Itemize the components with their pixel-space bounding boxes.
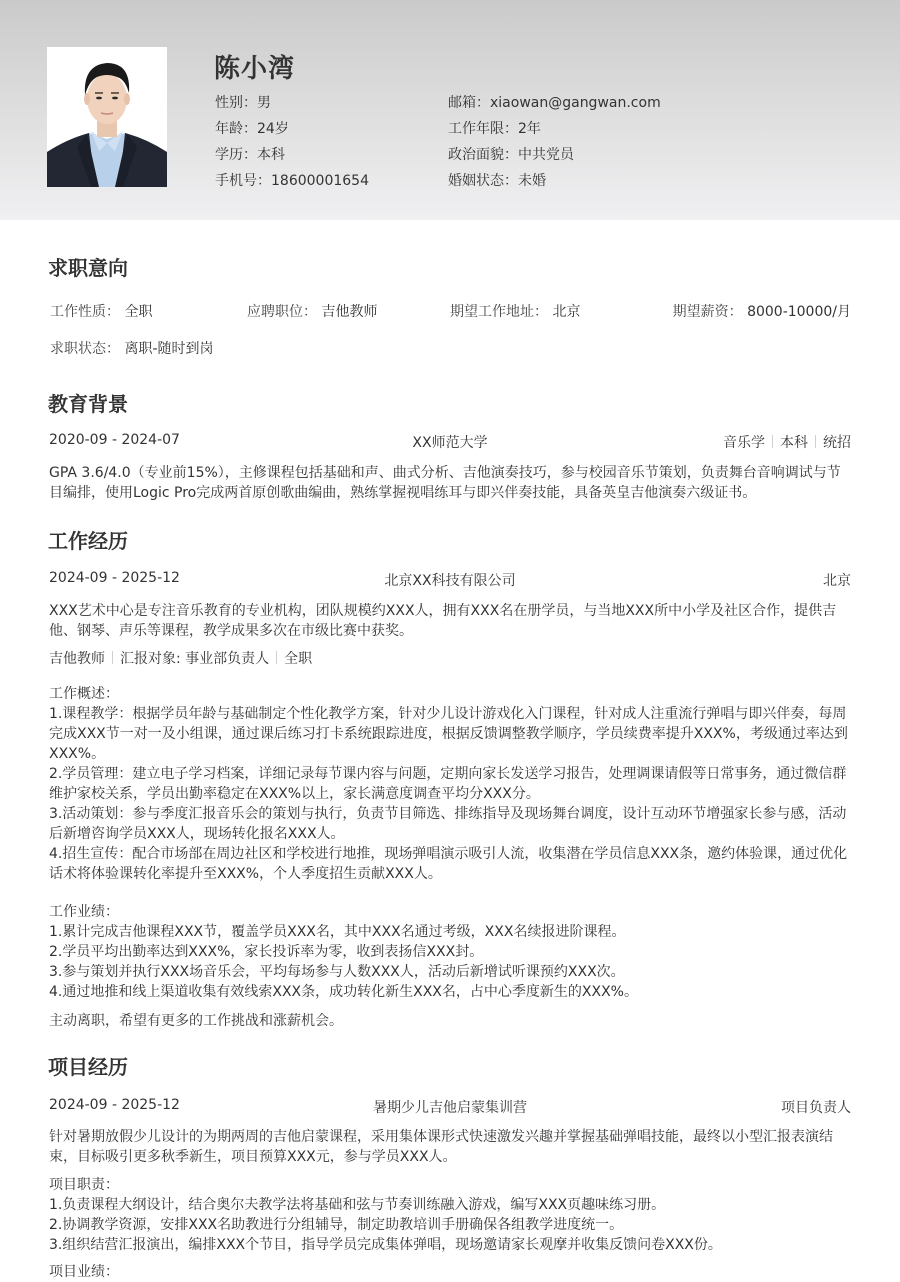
work-achievements-title: 工作业绩： (49, 902, 853, 922)
work-report-to: 汇报对象: 事业部负责人 (120, 651, 269, 667)
info-phone: 手机号：18600001654 (215, 170, 369, 196)
candidate-name: 陈小湾 (214, 48, 295, 85)
work-location: 北京 (823, 570, 851, 590)
info-value: 24岁 (257, 121, 289, 137)
work-achievements: 工作业绩： 1.累计完成吉他课程XXX节，覆盖学员XXX名，其中XXX名通过考级… (49, 902, 853, 1002)
person-photo-icon (47, 47, 167, 187)
profile-photo (47, 47, 167, 187)
education-tags: 音乐学本科统招 (723, 432, 851, 452)
info-value: 2年 (518, 121, 541, 137)
intent-row-2: 求职状态： 离职-随时到岗 (49, 338, 851, 358)
education-degree: 本科 (780, 435, 808, 451)
education-description: GPA 3.6/4.0（专业前15%），主修课程包括基础和声、曲式分析、吉他演奏… (49, 463, 853, 503)
work-employment-type: 全职 (284, 651, 312, 667)
info-education: 学历：本科 (215, 144, 369, 170)
info-value[interactable]: xiaowan@gangwan.com (490, 95, 661, 111)
intent-value: 北京 (552, 304, 580, 320)
section-title-education: 教育背景 (48, 390, 128, 418)
info-value: 未婚 (518, 173, 546, 189)
work-header-row: 2024-09 - 2025-12 北京XX科技有限公司 北京 (49, 570, 851, 590)
separator (112, 651, 113, 664)
project-results-title: 项目业绩： (49, 1262, 853, 1275)
work-overview-item: 4.招生宣传：配合市场部在周边社区和学校进行地推，现场弹唱演示吸引人流，收集潜在… (49, 844, 853, 884)
intent-label: 期望薪资： (673, 304, 743, 320)
info-label: 工作年限： (448, 121, 518, 137)
work-overview: 工作概述： 1.课程教学：根据学员年龄与基础制定个性化教学方案，针对少儿设计游戏… (49, 684, 853, 884)
intent-status: 求职状态： 离职-随时到岗 (50, 338, 214, 358)
info-label: 手机号： (215, 173, 271, 189)
intent-label: 工作性质： (50, 304, 120, 320)
info-label: 婚姻状态： (448, 173, 518, 189)
info-value: 中共党员 (518, 147, 574, 163)
project-name: 暑期少儿吉他启蒙集训营 (49, 1097, 851, 1117)
info-label: 年龄： (215, 121, 257, 137)
info-label: 邮箱： (448, 95, 490, 111)
intent-label: 应聘职位： (247, 304, 317, 320)
work-overview-item: 3.活动策划：参与季度汇报音乐会的策划与执行，负责节目筛选、排练指导及现场舞台调… (49, 804, 853, 844)
info-label: 性别： (215, 95, 257, 111)
work-leave-reason: 主动离职，希望有更多的工作挑战和涨薪机会。 (49, 1011, 853, 1031)
info-marital-status: 婚姻状态：未婚 (448, 170, 661, 196)
project-duty-item: 2.协调教学资源，安排XXX名助教进行分组辅导，制定助教培训手册确保各组教学进度… (49, 1215, 853, 1235)
work-achievement-item: 2.学员平均出勤率达到XXX%，家长投诉率为零，收到表扬信XXX封。 (49, 942, 853, 962)
work-achievement-item: 3.参与策划并执行XXX场音乐会，平均每场参与人数XXX人，活动后新增试听课预约… (49, 962, 853, 982)
education-major: 音乐学 (723, 435, 765, 451)
intent-location: 期望工作地址： 北京 (450, 301, 580, 321)
info-age: 年龄：24岁 (215, 118, 369, 144)
project-duty-item: 3.组织结营汇报演出，编排XXX个节目，指导学员完成集体弹唱，现场邀请家长观摩并… (49, 1235, 853, 1255)
project-role: 项目负责人 (781, 1097, 851, 1117)
info-label: 学历： (215, 147, 257, 163)
project-header-row: 2024-09 - 2025-12 暑期少儿吉他启蒙集训营 项目负责人 (49, 1097, 851, 1117)
separator (772, 435, 773, 448)
info-value: 男 (257, 95, 271, 111)
education-header-row: 2020-09 - 2024-07 XX师范大学 音乐学本科统招 (49, 432, 851, 452)
work-overview-item: 2.学员管理：建立电子学习档案，详细记录每节课内容与问题，定期向家长发送学习报告… (49, 764, 853, 804)
work-company: 北京XX科技有限公司 (49, 570, 851, 590)
intent-value: 离职-随时到岗 (124, 341, 213, 357)
work-job-title: 吉他教师 (49, 651, 105, 667)
work-achievement-item: 1.累计完成吉他课程XXX节，覆盖学员XXX名，其中XXX名通过考级，XXX名续… (49, 922, 853, 942)
intent-work-type: 工作性质： 全职 (50, 301, 152, 321)
intent-label: 求职状态： (50, 341, 120, 357)
info-value[interactable]: 18600001654 (271, 173, 369, 189)
info-email: 邮箱：xiaowan@gangwan.com (448, 92, 661, 118)
work-company-description-text: XXX艺术中心是专注音乐教育的专业机构，团队规模约XXX人，拥有XXX名在册学员… (49, 601, 853, 641)
intent-row-1: 工作性质： 全职 应聘职位： 吉他教师 期望工作地址： 北京 期望薪资： 800… (49, 301, 851, 321)
basic-info-right: 邮箱：xiaowan@gangwan.com 工作年限：2年 政治面貌：中共党员… (448, 92, 661, 196)
project-duties-title: 项目职责： (49, 1175, 853, 1195)
info-gender: 性别：男 (215, 92, 369, 118)
section-title-work: 工作经历 (48, 527, 128, 555)
intent-value: 全职 (124, 304, 152, 320)
project-description-text: 针对暑期放假少儿设计的为期两周的吉他启蒙课程，采用集体课形式快速激发兴趣并掌握基… (49, 1127, 853, 1167)
work-overview-title: 工作概述： (49, 684, 853, 704)
basic-info-left: 性别：男 年龄：24岁 学历：本科 手机号：18600001654 (215, 92, 369, 196)
work-tags: 吉他教师汇报对象: 事业部负责人全职 (49, 649, 853, 669)
project-description: 针对暑期放假少儿设计的为期两周的吉他启蒙课程，采用集体课形式快速激发兴趣并掌握基… (49, 1127, 853, 1167)
resume-header: 陈小湾 性别：男 年龄：24岁 学历：本科 手机号：18600001654 邮箱… (0, 0, 900, 220)
info-label: 政治面貌： (448, 147, 518, 163)
intent-position: 应聘职位： 吉他教师 (247, 301, 377, 321)
info-value: 本科 (257, 147, 285, 163)
separator (276, 651, 277, 664)
work-overview-item: 1.课程教学：根据学员年龄与基础制定个性化教学方案，针对少儿设计游戏化入门课程，… (49, 704, 853, 764)
education-enrollment-type: 统招 (823, 435, 851, 451)
separator (815, 435, 816, 448)
section-title-intent: 求职意向 (48, 254, 128, 282)
education-description-text: GPA 3.6/4.0（专业前15%），主修课程包括基础和声、曲式分析、吉他演奏… (49, 463, 853, 503)
project-results: 项目业绩： (49, 1262, 853, 1275)
work-achievement-item: 4.通过地推和线上渠道收集有效线索XXX条，成功转化新生XXX名，占中心季度新生… (49, 982, 853, 1002)
section-title-project: 项目经历 (48, 1053, 128, 1081)
work-leave-reason-text: 主动离职，希望有更多的工作挑战和涨薪机会。 (49, 1011, 853, 1031)
project-duties: 项目职责： 1.负责课程大纲设计，结合奥尔夫教学法将基础和弦与节奏训练融入游戏，… (49, 1175, 853, 1255)
intent-salary: 期望薪资： 8000-10000/月 (673, 301, 851, 321)
project-duty-item: 1.负责课程大纲设计，结合奥尔夫教学法将基础和弦与节奏训练融入游戏，编写XXX页… (49, 1195, 853, 1215)
info-political-status: 政治面貌：中共党员 (448, 144, 661, 170)
work-company-description: XXX艺术中心是专注音乐教育的专业机构，团队规模约XXX人，拥有XXX名在册学员… (49, 601, 853, 641)
info-work-years: 工作年限：2年 (448, 118, 661, 144)
intent-label: 期望工作地址： (450, 304, 548, 320)
intent-value: 8000-10000/月 (747, 304, 851, 320)
intent-value: 吉他教师 (321, 304, 377, 320)
